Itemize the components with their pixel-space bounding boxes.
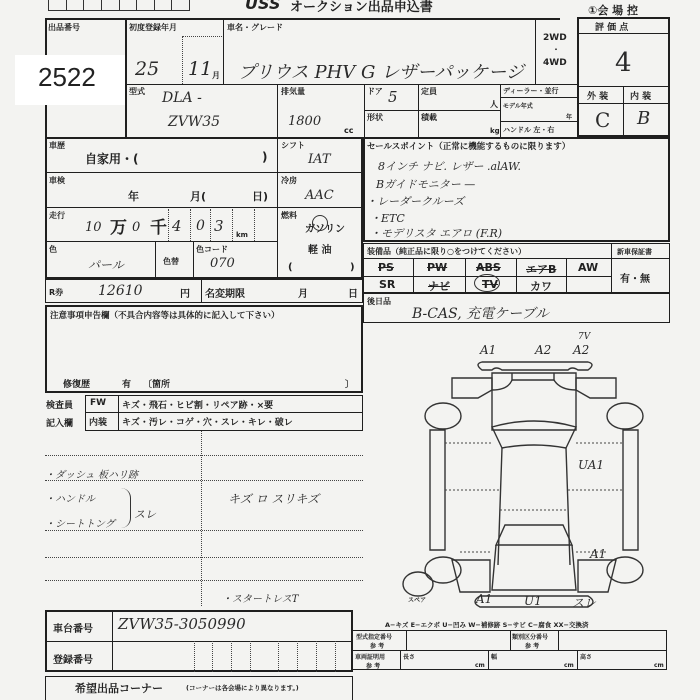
first-reg-month: 11	[188, 58, 212, 80]
capacity-unit: 人	[490, 99, 498, 110]
cert-label-3: 車両証明用	[355, 652, 385, 661]
displacement-label: 排気量	[281, 86, 305, 97]
repair-location-close: 〕	[345, 377, 354, 390]
corner-note: (コーナーは各会場により異なります。)	[186, 683, 299, 692]
fuel-label: 燃料	[281, 210, 297, 221]
damage-legend: A−キズ E−エクボ U−凹み W−補修跡 S−サビ C−腐食 XX−交換済	[385, 620, 588, 629]
usage-close: )	[262, 150, 267, 164]
length-unit: cm	[475, 662, 485, 669]
repair-label: 修復歴	[63, 377, 90, 390]
chassis-value: ZVW35-3050990	[118, 615, 246, 633]
name-change-day: 日	[348, 285, 358, 300]
usage-value: 自家用・(	[85, 150, 139, 167]
lot-label: 出品番号	[48, 22, 80, 33]
mileage-unit: km	[236, 231, 248, 239]
model-year-unit: 年	[566, 112, 572, 121]
sales-point-3: ・レーダークルーズ	[366, 193, 464, 209]
equip-abs: ABS	[476, 261, 501, 274]
mileage-man: 10	[85, 220, 102, 235]
inspection-year: 年	[128, 188, 139, 204]
inspector-note-2: ・ハンドル	[45, 490, 95, 505]
fuel-selected-circle	[312, 215, 328, 231]
registration-label: 登録番号	[53, 651, 93, 666]
mark-rear-center: U1	[524, 594, 542, 608]
mileage-sen-unit: 千	[150, 213, 167, 238]
shift-label: シフト	[281, 140, 305, 151]
mark-front-left: A1	[480, 343, 496, 357]
recycle-row	[45, 279, 363, 303]
mileage-man-unit: 万	[110, 213, 127, 238]
mark-front-right-top: 7V	[578, 332, 590, 342]
equipment-label: 装備品（純正品に限り○をつけてください）	[367, 246, 526, 257]
form-title: オークション出品申込書	[290, 0, 433, 15]
equip-sr: SR	[379, 278, 395, 291]
first-reg-label: 初度登録年月	[129, 22, 177, 33]
inspection-label: 車検	[49, 175, 65, 186]
fuel-diesel: 軽 油	[308, 241, 331, 256]
color-value: パール	[88, 256, 124, 273]
month-unit: 月	[212, 70, 220, 81]
inspector-right-note: キズ ロ スリキズ	[228, 490, 319, 507]
usage-label: 車歴	[49, 140, 65, 151]
doors-label: ドア	[367, 86, 383, 97]
warranty-label: 新車保証書	[617, 247, 652, 257]
brand-logo: USS	[245, 0, 280, 13]
mileage-sen: 0	[132, 220, 140, 235]
mark-right-side: UA1	[578, 458, 604, 472]
mileage-digit-3: 3	[214, 217, 224, 235]
interior-label: 内 装	[630, 89, 651, 102]
capacity-label: 定員	[421, 86, 437, 97]
inspector-fw-text: キズ・飛石・ヒビ割・リペア跡・×要	[122, 398, 273, 411]
mark-rear-right: A1	[590, 547, 606, 561]
model-label: 型式	[129, 86, 145, 97]
sales-point-5: ・モデリスタ エアロ (F.R)	[370, 225, 502, 241]
car-diagram	[400, 330, 660, 610]
mark-rear-left: A1	[476, 592, 492, 606]
inspector-label-2: 記入欄	[46, 416, 73, 429]
model-year-label: モデル年式	[503, 101, 533, 110]
displacement-unit: cc	[344, 126, 353, 135]
grade-overall: 4	[615, 48, 632, 78]
sales-point-1: 8インチ ナビ. レザー .alAW.	[378, 158, 521, 174]
inspector-bottom-note: ・スタートレスT	[222, 590, 298, 605]
mileage-digit-1: 4	[172, 217, 182, 235]
fuel-other-open: (	[288, 262, 293, 273]
equip-leather: カワ	[530, 278, 552, 294]
note-bracket	[120, 488, 131, 528]
color-label: 色	[49, 244, 57, 255]
mark-front-center: A2	[535, 343, 551, 357]
grade-label: 評 価 点	[595, 20, 628, 33]
inspector-label-1: 検査員	[46, 398, 73, 411]
sales-point-2: Bガイドモニター —	[376, 176, 475, 192]
inspection-day: 日)	[252, 188, 268, 204]
grade-interior: B	[637, 108, 650, 129]
height-label: 高さ	[580, 652, 592, 661]
car-name-value: プリウス PHV G レザーパッケージ	[238, 58, 524, 84]
car-name-label: 車名・グレード	[227, 22, 283, 33]
ac-value: AAC	[305, 188, 334, 203]
load-unit: kg	[490, 127, 500, 135]
color-code: 070	[210, 256, 235, 271]
length-label: 長さ	[403, 652, 415, 661]
repair-value: 有	[122, 377, 131, 390]
top-checkbox-row	[48, 0, 190, 11]
sales-points-label: セールスポイント（正常に機能するものに限ります）	[367, 140, 570, 152]
repaint-label: 色替	[163, 256, 179, 267]
height-unit: cm	[654, 662, 664, 669]
color-code-label: 色コード	[196, 244, 228, 255]
equip-ps: PS	[378, 261, 394, 274]
grade-exterior: C	[595, 108, 610, 132]
sales-point-4: ・ETC	[370, 210, 405, 226]
inspector-interior-text: キズ・汚レ・コゲ・穴・スレ・キレ・破レ	[122, 415, 293, 428]
copy-label: ①会 場 控	[588, 2, 638, 18]
inspector-note-1: ・ダッシュ 板ハリ跡	[45, 466, 138, 481]
repair-location-open: 〔箇所	[143, 377, 170, 390]
displacement-value: 1800	[288, 114, 321, 129]
drive-sep: ・	[552, 44, 560, 55]
fuel-other-close: )	[350, 262, 355, 273]
recycle-label: R券	[49, 287, 63, 298]
accessories-value: B-CAS, 充電ケーブル	[412, 303, 549, 323]
exterior-label: 外 装	[587, 89, 608, 102]
recycle-value: 12610	[98, 283, 143, 299]
inspector-note-3: ・シートトング	[45, 515, 115, 530]
drive-2wd: 2WD	[543, 33, 567, 43]
dealer-label: ディーラー・並行	[503, 86, 558, 96]
shape-label: 形状	[367, 112, 383, 123]
corner-label: 希望出品コーナー	[75, 680, 163, 696]
name-change-label: 名変期限	[205, 285, 245, 300]
drive-4wd: 4WD	[543, 58, 567, 68]
tv-circle	[474, 274, 500, 292]
recycle-unit: 円	[180, 285, 190, 300]
inspector-bracket-note: スレ	[134, 506, 156, 522]
cert-label-2: 類別区分番号	[512, 632, 548, 641]
inspector-interior: 内装	[89, 415, 107, 428]
width-label: 幅	[491, 652, 497, 661]
first-reg-year: 25	[135, 58, 159, 80]
chassis-label: 車台番号	[53, 620, 93, 635]
spare-label: スペア	[408, 595, 426, 604]
cert-label-2b: 参 考	[525, 641, 539, 650]
cert-label-3b: 参 考	[366, 661, 380, 670]
accessories-label: 後日品	[367, 296, 391, 307]
notes-label: 注意事項申告欄（不具合内容等は具体的に記入して下さい）	[50, 309, 280, 321]
equip-pw: PW	[427, 261, 447, 274]
equip-airbag: エアB	[526, 261, 556, 277]
mark-front-right: A2	[573, 343, 589, 357]
load-label: 積載	[421, 112, 437, 123]
equip-aw: AW	[578, 261, 598, 274]
mileage-label: 走行	[49, 210, 65, 221]
inspector-fw: FW	[90, 398, 106, 408]
width-unit: cm	[564, 662, 574, 669]
inspection-month: 月(	[190, 188, 206, 204]
equip-navi: ナビ	[428, 278, 450, 294]
model-line2: ZVW35	[168, 114, 220, 130]
cert-label-1b: 参 考	[370, 641, 384, 650]
cert-label-1: 型式指定番号	[356, 632, 392, 641]
doors-value: 5	[388, 88, 398, 106]
handle-label: ハンドル 左・右	[503, 125, 554, 135]
lot-number: 2522	[38, 62, 96, 93]
model-line1: DLA -	[162, 90, 202, 106]
shift-value: IAT	[308, 152, 330, 167]
warranty-value: 有・無	[620, 270, 650, 285]
mileage-digit-2: 0	[196, 218, 205, 234]
ac-label: 冷房	[281, 175, 297, 186]
name-change-month: 月	[298, 285, 308, 300]
mark-rear-right-bottom: スレ	[572, 594, 596, 611]
